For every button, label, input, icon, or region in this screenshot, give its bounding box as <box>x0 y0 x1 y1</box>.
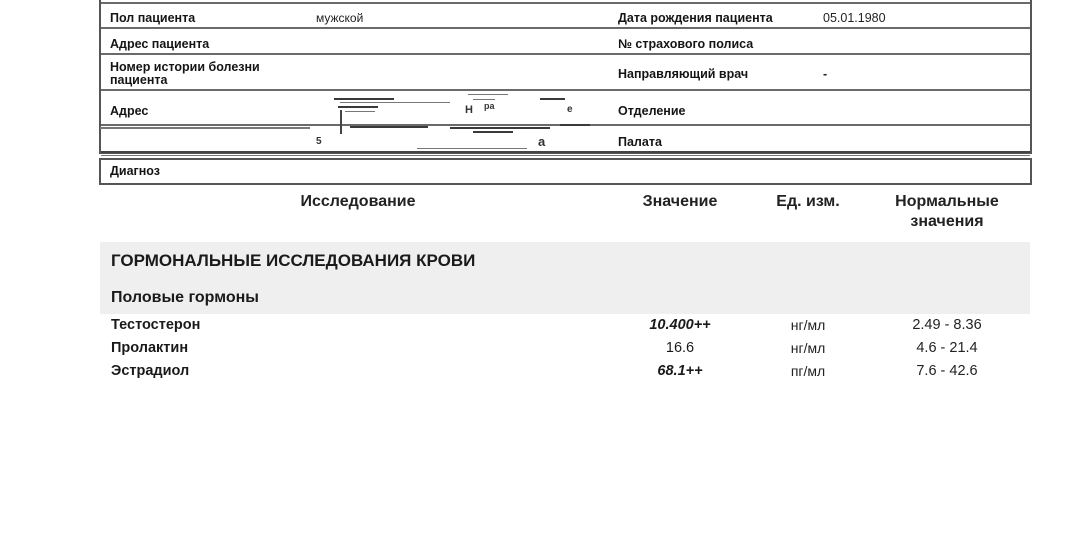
test-value: 68.1++ <box>618 362 742 380</box>
department-label: Отделение <box>618 104 685 118</box>
patient-info-table <box>99 0 1032 154</box>
referring-doctor-value: - <box>823 67 827 81</box>
test-value: 16.6 <box>618 339 742 357</box>
subsection-title: Половые гормоны <box>111 288 259 307</box>
address-fragment: ра <box>484 100 495 112</box>
column-header-normal-line2: значения <box>872 212 1022 231</box>
address-fragment: е <box>567 104 573 116</box>
address-fragment: а <box>538 136 545 148</box>
birth-date-label: Дата рождения пациента <box>618 11 773 25</box>
row-divider <box>101 2 1030 4</box>
test-unit: пг/мл <box>760 362 856 380</box>
test-name: Эстрадиол <box>111 362 189 380</box>
diagnosis-label: Диагноз <box>110 164 160 178</box>
column-header-unit: Ед. изм. <box>760 192 856 211</box>
birth-date-value: 05.01.1980 <box>823 11 886 25</box>
table-row: Тестостерон 10.400++ нг/мл 2.49 - 8.36 <box>0 316 1076 336</box>
table-row: Пролактин 16.6 нг/мл 4.6 - 21.4 <box>0 339 1076 359</box>
address-label: Адрес <box>110 104 148 118</box>
test-unit: нг/мл <box>760 339 856 357</box>
column-header-value: Значение <box>618 192 742 211</box>
case-history-label-line1: Номер истории болезни <box>110 60 260 74</box>
test-normal-range: 2.49 - 8.36 <box>872 316 1022 334</box>
test-name: Тестостерон <box>111 316 200 334</box>
test-normal-range: 7.6 - 42.6 <box>872 362 1022 380</box>
patient-address-label: Адрес пациента <box>110 37 209 51</box>
test-name: Пролактин <box>111 339 188 357</box>
address-fragment: Н <box>465 104 473 116</box>
diagnosis-box <box>99 158 1032 185</box>
row-divider <box>101 89 1030 91</box>
address-fragment: 5 <box>316 136 322 148</box>
column-header-test: Исследование <box>258 192 458 211</box>
table-row: Эстрадиол 68.1++ пг/мл 7.6 - 42.6 <box>0 362 1076 382</box>
row-divider <box>101 27 1030 29</box>
case-history-label-line2: пациента <box>110 73 167 87</box>
insurance-label: № страхового полиса <box>618 37 753 51</box>
sex-label: Пол пациента <box>110 11 195 25</box>
column-header-normal-line1: Нормальные <box>872 192 1022 211</box>
test-value: 10.400++ <box>618 316 742 334</box>
test-normal-range: 4.6 - 21.4 <box>872 339 1022 357</box>
referring-doctor-label: Направляющий врач <box>618 67 748 81</box>
section-title: ГОРМОНАЛЬНЫЕ ИССЛЕДОВАНИЯ КРОВИ <box>111 251 475 271</box>
row-divider <box>101 53 1030 55</box>
table-bottom-border <box>101 151 1030 156</box>
ward-label: Палата <box>618 135 662 149</box>
test-unit: нг/мл <box>760 316 856 334</box>
sex-value: мужской <box>316 11 363 25</box>
